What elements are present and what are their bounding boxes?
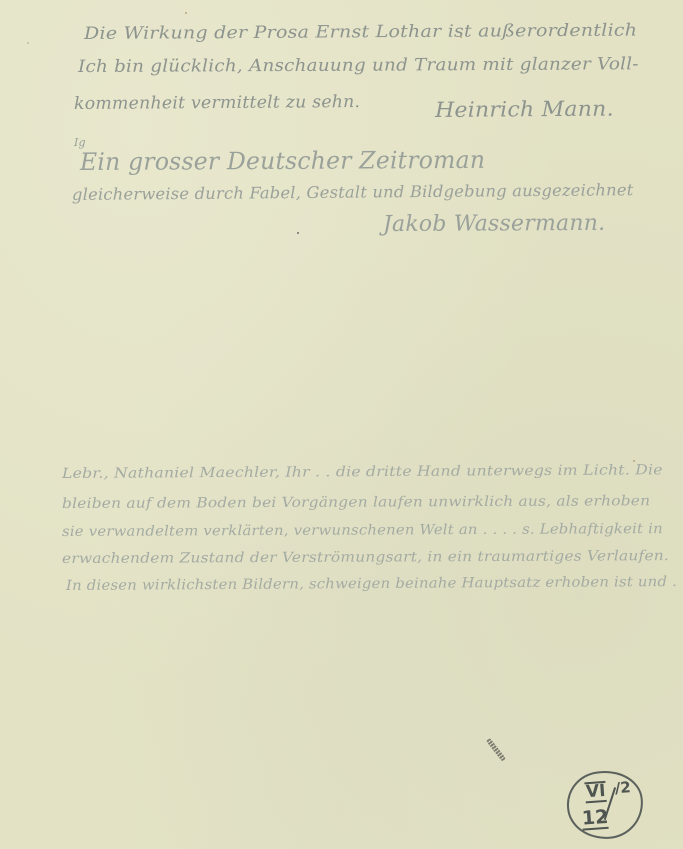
paper-speck [185, 12, 187, 14]
pencil-smudge-mark [486, 738, 506, 762]
wassermann-heading: Ein grosser Deutscher Zeitroman [80, 146, 485, 176]
paper-speck [633, 460, 635, 462]
note-line-5: In diesen wirklichsten Bildern, schweige… [66, 574, 683, 594]
manuscript-page: Die Wirkung der Prosa Ernst Lothar ist a… [0, 0, 683, 849]
mann-quote-line-1: Die Wirkung der Prosa Ernst Lothar ist a… [84, 21, 637, 44]
stamp-suffix: /2 [614, 778, 631, 797]
paper-speck [297, 232, 299, 234]
paper-speck [27, 42, 29, 44]
archive-stamp: VI /2 12 [565, 768, 646, 841]
note-line-1: Lebr., Nathaniel Maechler, Ihr . . die d… [62, 462, 663, 482]
mann-quote-line-3: kommenheit vermittelt zu sehn. [74, 92, 360, 114]
signature-jakob-wassermann: Jakob Wassermann. [383, 211, 605, 237]
note-line-4: erwachendem Zustand der Verströmungsart,… [62, 548, 669, 567]
mann-quote-line-2: Ich bin glücklich, Anschauung und Traum … [78, 54, 639, 77]
paper-speck [460, 36, 462, 38]
note-line-2: bleiben auf dem Boden bei Vorgängen lauf… [62, 493, 650, 512]
stamp-number: 12 [581, 807, 609, 831]
wassermann-quote-line: gleicherweise durch Fabel, Gestalt und B… [72, 180, 634, 204]
note-line-3: sie verwandeltem verklärten, verwunschen… [62, 521, 663, 540]
signature-heinrich-mann: Heinrich Mann. [435, 97, 614, 122]
stamp-roman-numeral: VI [584, 781, 607, 803]
